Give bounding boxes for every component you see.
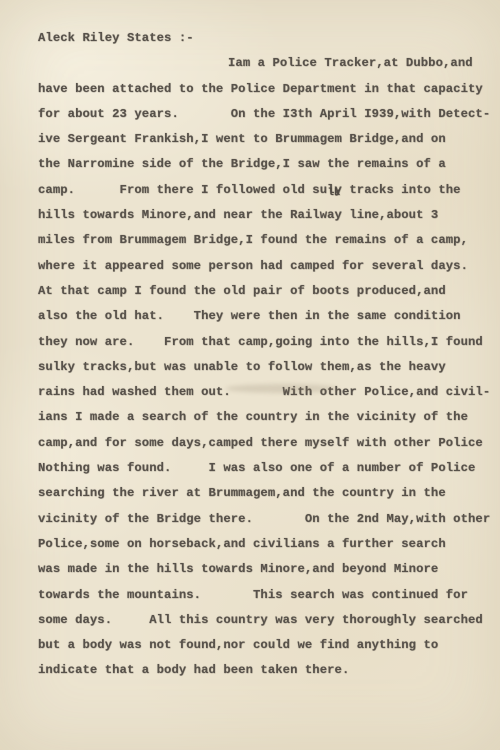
statement-line: Nothing was found. I was also one of a n… — [38, 456, 482, 481]
statement-heading: Aleck Riley States :- — [38, 26, 482, 51]
statement-line: indicate that a body had been taken ther… — [38, 658, 482, 683]
inserted-letters: lk — [328, 188, 341, 198]
line-text-post: tracks into the — [342, 183, 461, 197]
statement-line: miles from Brummagem Bridge,I found the … — [38, 228, 482, 253]
statement-line: Police,some on horseback,and civilians a… — [38, 532, 482, 557]
statement-line: where it appeared some person had camped… — [38, 254, 482, 279]
statement-line: hills towards Minore,and near the Railwa… — [38, 203, 482, 228]
statement-line: was made in the hills towards Minore,and… — [38, 557, 482, 582]
statement-text: Aleck Riley States :- Iam a Police Track… — [38, 26, 482, 684]
typo-correction: lylk — [327, 178, 342, 203]
statement-line: vicinity of the Bridge there. On the 2nd… — [38, 507, 482, 532]
statement-line: have been attached to the Police Departm… — [38, 77, 482, 102]
statement-line: some days. All this country was very tho… — [38, 608, 482, 633]
statement-line: they now are. From that camp,going into … — [38, 330, 482, 355]
statement-line: but a body was not found,nor could we fi… — [38, 633, 482, 658]
statement-line: At that camp I found the old pair of boo… — [38, 279, 482, 304]
statement-line: Iam a Police Tracker,at Dubbo,and — [38, 51, 482, 76]
statement-line: sulky tracks,but was unable to follow th… — [38, 355, 482, 380]
line-text-pre: camp. From there I followed old su — [38, 183, 327, 197]
statement-line: ians I made a search of the country in t… — [38, 405, 482, 430]
ink-smudge — [226, 384, 338, 393]
scanned-statement-page: Aleck Riley States :- Iam a Police Track… — [0, 0, 500, 750]
statement-line: towards the mountains. This search was c… — [38, 583, 482, 608]
statement-line: searching the river at Brummagem,and the… — [38, 481, 482, 506]
statement-line: also the old hat. They were then in the … — [38, 304, 482, 329]
statement-line: camp,and for some days,camped there myse… — [38, 431, 482, 456]
statement-line-with-correction: camp. From there I followed old sulylk t… — [38, 178, 482, 203]
statement-line: for about 23 years. On the I3th April I9… — [38, 102, 482, 127]
statement-line: ive Sergeant Frankish,I went to Brummage… — [38, 127, 482, 152]
statement-line: the Narromine side of the Bridge,I saw t… — [38, 152, 482, 177]
